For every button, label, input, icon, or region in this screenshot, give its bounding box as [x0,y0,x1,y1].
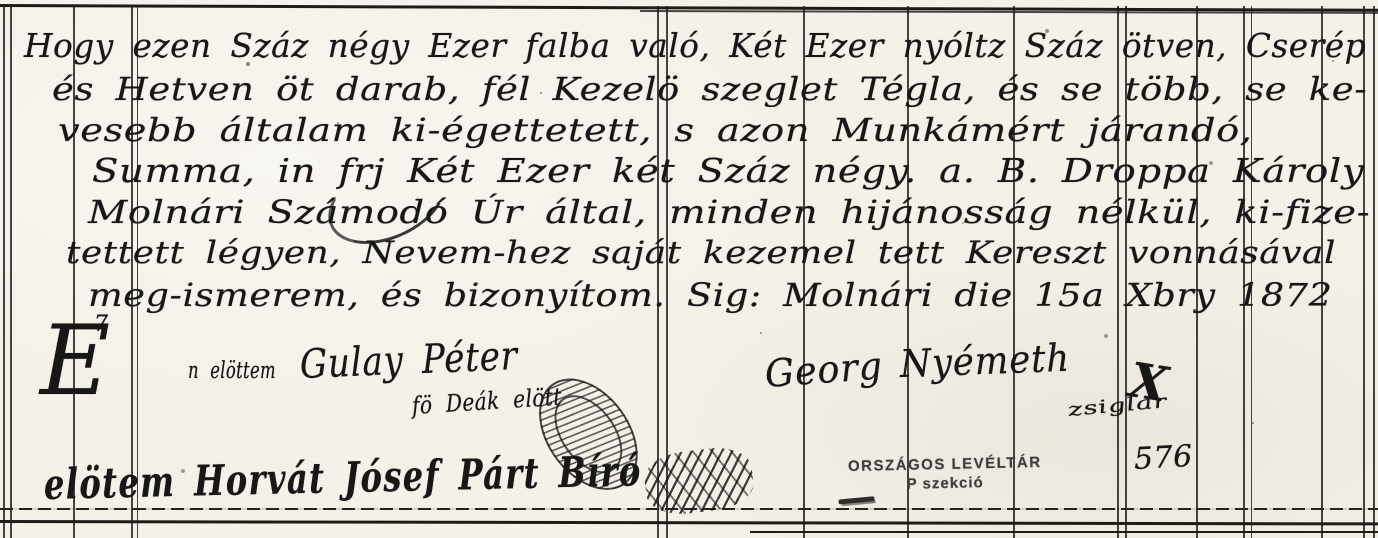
column-rule [3,6,5,538]
stamp-ink-smudge [838,496,874,504]
stamp-line-2: P szekció [836,473,1054,495]
scanned-document-page: Hogy ezen Száz négy Ezer falba való, Két… [0,0,1378,538]
bottom-rule [0,520,1378,525]
cross-mark-note: zsiglar [1066,391,1170,421]
archival-number: 576 [1133,439,1194,477]
stamp-line-1: ORSZÁGOS LEVÉLTÁR [836,454,1054,476]
handwritten-line-5: Molnári Számodó Úr által, minden hijános… [88,193,1370,231]
bottom-rule-right-segment [750,531,1378,533]
column-rule [1373,6,1375,538]
signer-surname: Nyémeth [899,336,1070,386]
handwritten-line-4: Summa, in frj Két Ezer két Száz négy. a.… [92,151,1364,190]
ink-mark-7: 7 [94,312,109,337]
handwritten-line-6: tettett légyen, Nevem-hez saját kezemel … [66,235,1336,271]
handwritten-line-7: meg-ismerem, és bizonyítom. Sig: Molnári… [88,276,1332,314]
witness1-prefix: n elöttem [188,358,276,384]
ink-specks [0,0,2,2]
archive-stamp: ORSZÁGOS LEVÉLTÁR P szekció [836,454,1055,495]
handwritten-line-3: vesebb általam ki-égettetett, s azon Mun… [58,111,1253,149]
handwritten-line-2: és Hetven öt darab, fél Kezelö szeglet T… [52,70,1367,108]
column-rule [10,6,12,538]
signer-first-name: Georg [764,343,885,395]
handwritten-line-1: Hogy ezen Száz négy Ezer falba való, Két… [24,26,1366,65]
witness1-signature: Gulay Péter [299,333,518,388]
